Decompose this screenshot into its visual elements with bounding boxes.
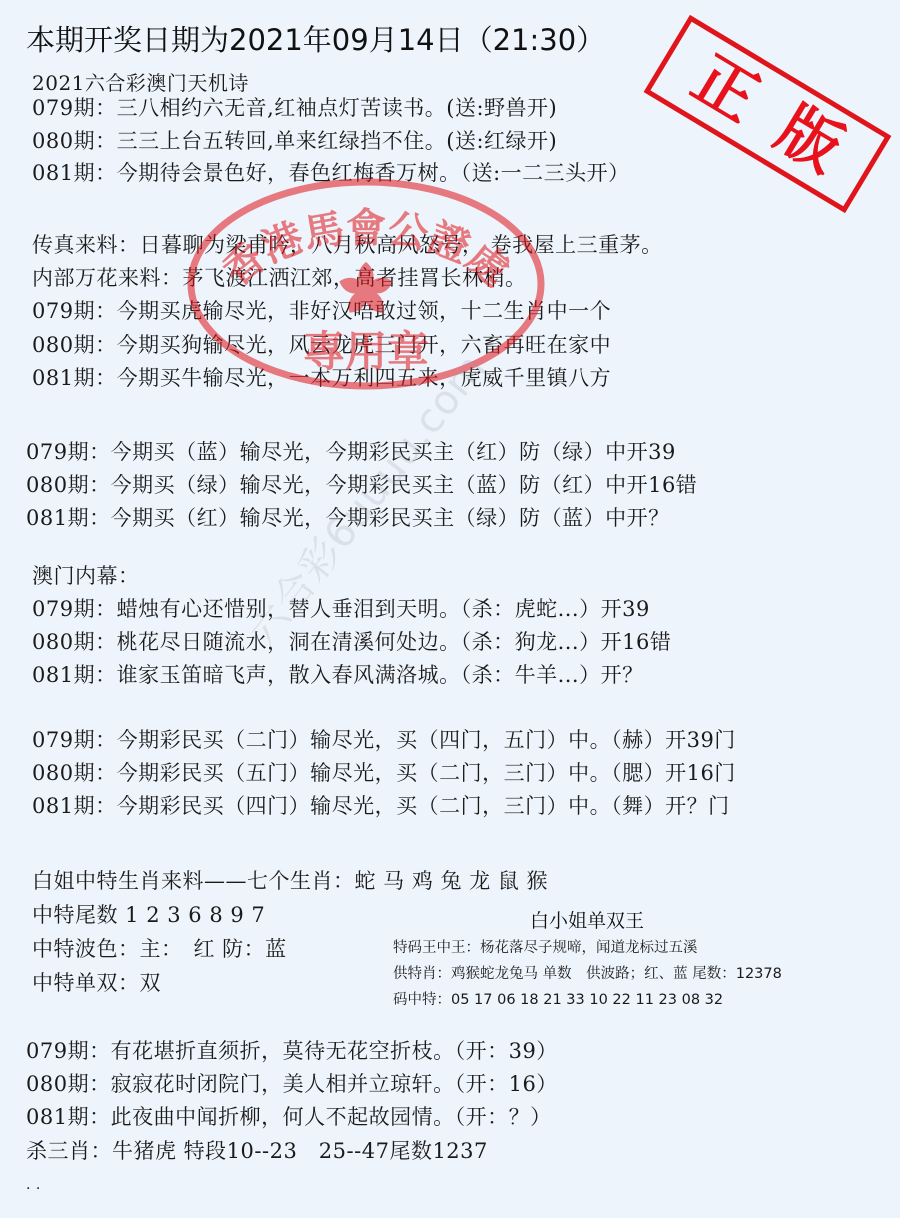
door-row-079: 079期：今期彩民买（二门）输尽光，买（四门，五门）中。（赫）开39门 <box>32 727 736 753</box>
baijie-tail-line: 中特尾数 1 2 3 6 8 9 7 <box>32 902 265 928</box>
door-row-080: 080期：今期彩民买（五门）输尽光，买（二门，三门）中。（腮）开16门 <box>32 760 736 786</box>
door-row-081: 081期：今期彩民买（四门）输尽光，买（二门，三门）中。（舞）开？门 <box>32 793 730 819</box>
fax-line: 传真来料：日暮聊为梁甫吟，八月秋高风怒号， 卷我屋上三重茅。 <box>32 232 663 258</box>
final-row-080: 080期：寂寂花时闭院门，美人相并立琼轩。（开：16） <box>26 1071 558 1097</box>
macau-row-079: 079期：蜡烛有心还惜别，替人垂泪到天明。（杀：虎蛇...）开39 <box>32 596 650 622</box>
draw-date-title: 本期开奖日期为2021年09月14日（21:30） <box>26 20 605 60</box>
color-row-079: 079期：今期买（蓝）输尽光，今期彩民买主（红）防（绿）中开39 <box>26 439 676 465</box>
color-row-081: 081期：今期买（红）输尽光，今期彩民买主（绿）防（蓝）中开？ <box>26 505 670 531</box>
internal-flower-line: 内部万花来料：茅飞渡江洒江郊，高者挂罥长林梢。 <box>32 265 527 291</box>
genuine-stamp-char-2: 版 <box>767 97 852 182</box>
final-row-081: 081期：此夜曲中闻折柳，何人不起故园情。（开：？） <box>26 1104 552 1130</box>
poem-row-079: 079期：三八相约六无音,红袖点灯苦读书。(送:野兽开) <box>32 95 557 121</box>
baixiaojie-supply-line: 供特肖：鸡猴蛇龙兔马 单数 供波路；红、蓝 尾数：12378 <box>393 964 782 984</box>
macau-row-081: 081期：谁家玉笛暗飞声，散入春风满洛城。（杀：牛羊...）开？ <box>32 662 644 688</box>
baixiaojie-numbers-line: 码中特：05 17 06 18 21 33 10 22 11 23 08 32 <box>393 990 723 1010</box>
baixiaojie-box-title: 白小姐单双王 <box>530 908 644 934</box>
final-row-079: 079期：有花堪折直须折，莫待无花空折枝。（开：39） <box>26 1038 558 1064</box>
baixiaojie-king-line: 特码王中王：杨花落尽子规啼，闻道龙标过五溪 <box>393 938 698 958</box>
trailing-dots: . . <box>26 1172 41 1198</box>
baijie-odd-even-line: 中特单双：双 <box>32 970 161 996</box>
baijie-wave-line: 中特波色：主： 红 防：蓝 <box>32 936 287 962</box>
baijie-zodiac-line: 白姐中特生肖来料——七个生肖：蛇 马 鸡 兔 龙 鼠 猴 <box>32 868 548 894</box>
fax-row-081: 081期：今期买牛输尽光，一本万利四五来，虎威千里镇八方 <box>32 365 611 391</box>
kill-three-zodiac-line: 杀三肖：牛猪虎 特段10--23 25--47尾数1237 <box>26 1138 488 1164</box>
poem-row-081: 081期：今期待会景色好，春色红梅香万树。（送:一二三头开） <box>32 160 630 186</box>
genuine-edition-stamp: 正 版 <box>644 15 892 213</box>
macau-section-title: 澳门内幕： <box>32 563 140 589</box>
genuine-stamp-char-1: 正 <box>683 46 768 131</box>
color-row-080: 080期：今期买（绿）输尽光，今期彩民买主（蓝）防（红）中开16错 <box>26 472 697 498</box>
macau-row-080: 080期：桃花尽日随流水，洞在清溪何处边。（杀：狗龙...）开16错 <box>32 629 671 655</box>
poem-row-080: 080期：三三上台五转回,单来红绿挡不住。(送:红绿开) <box>32 128 557 154</box>
fax-row-079: 079期：今期买虎输尽光，非好汉唔敢过领，十二生肖中一个 <box>32 298 611 324</box>
fax-row-080: 080期：今期买狗输尽光，风云龙虎三门开，六畜再旺在家中 <box>32 332 611 358</box>
poem-section-title: 2021六合彩澳门天机诗 <box>32 70 249 96</box>
